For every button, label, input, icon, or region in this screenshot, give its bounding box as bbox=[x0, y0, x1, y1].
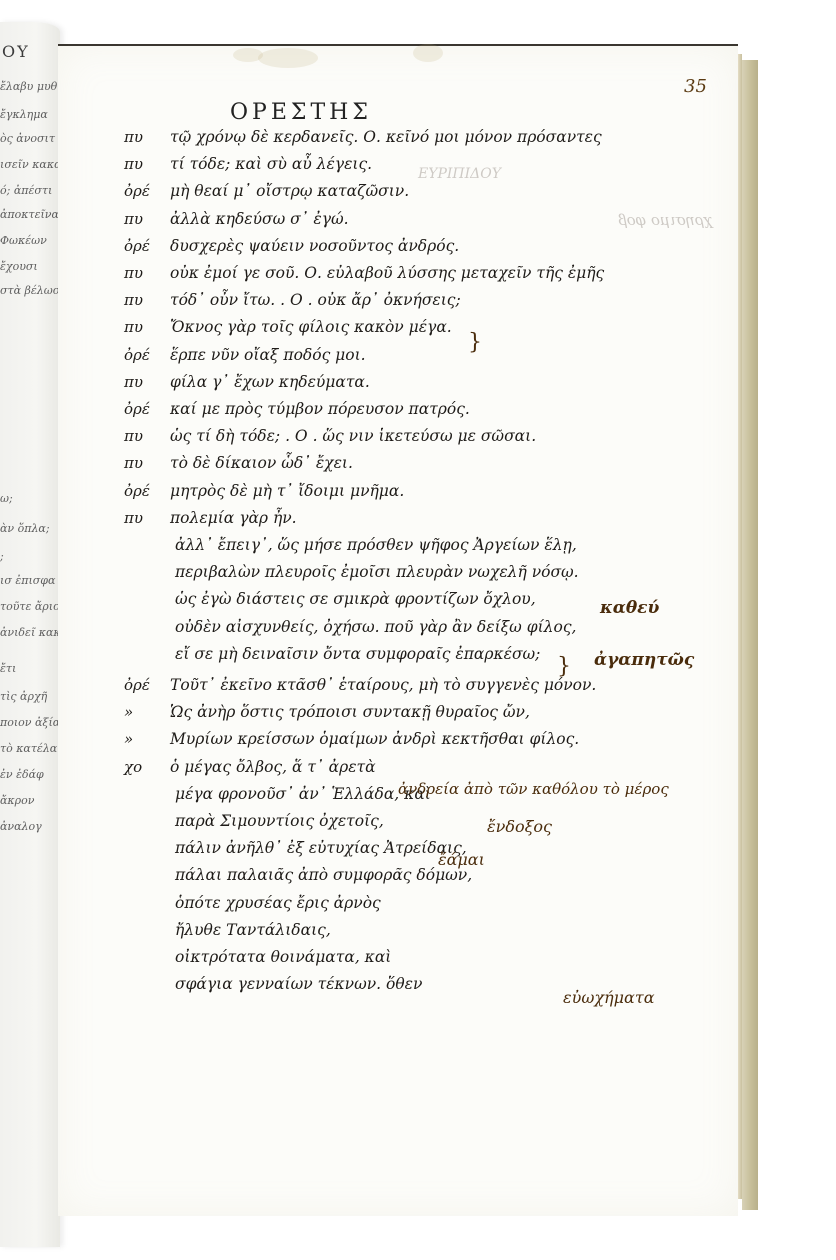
speaker-label: χο bbox=[124, 758, 164, 776]
left-page-line-fragment: ισ ἐπισφα bbox=[0, 574, 55, 587]
speaker-label: πυ bbox=[124, 155, 164, 173]
speaker-label: πυ bbox=[124, 509, 164, 527]
verse-text: ἀλλὰ κηδεύσω σ᾽ ἐγώ. bbox=[170, 210, 349, 228]
marginal-note: καθεύ bbox=[600, 598, 659, 618]
verse-text: μητρὸς δὲ μὴ τ᾽ ἴδοιμι μνῆμα. bbox=[170, 482, 404, 500]
bleed-through-text: ΕΥΡΙΠΙΔΟΥ bbox=[418, 166, 501, 182]
speaker-label: ὀρέ bbox=[124, 237, 164, 255]
marginal-note: ἀγαπητῶς bbox=[594, 650, 694, 670]
verse-text: τόδ᾽ οὖν ἴτω. . Ο . οὐκ ἄρ᾽ ὀκνήσεις; bbox=[170, 291, 461, 309]
verse-text: Τοῦτ᾽ ἐκεῖνο κτᾶσθ᾽ ἑταίρους, μὴ τὸ συγγ… bbox=[170, 676, 596, 694]
left-page-line-fragment: ισεῖν κακα bbox=[0, 158, 60, 171]
running-title: ΟΡΕΣΤΗΣ bbox=[230, 100, 372, 125]
left-page-line-fragment: ω; bbox=[0, 492, 13, 505]
left-page-line-fragment: ἀναλογ bbox=[0, 820, 42, 833]
marginal-note: εὐωχήματα bbox=[563, 988, 655, 1007]
verse-text: πολεμία γὰρ ἦν. bbox=[170, 509, 297, 527]
verse-text: Μυρίων κρείσσων ὁμαίμων ἀνδρὶ κεκτῆσθαι … bbox=[170, 730, 579, 748]
speaker-label: πυ bbox=[124, 210, 164, 228]
left-page-line-fragment: ὸς ἀνοσιτ bbox=[0, 132, 55, 145]
verse-text: οὐκ ἐμοί γε σοῦ. Ο. εὐλαβοῦ λύσσης μεταχ… bbox=[170, 264, 604, 282]
verse-text: ἤλυθε Ταντάλιδαις, bbox=[175, 921, 331, 939]
verse-text: ὡς τί δὴ τόδε; . Ο . ὥς νιν ἱκετεύσω με … bbox=[170, 427, 536, 445]
folio-number: 35 bbox=[684, 76, 707, 97]
verse-text: παρὰ Σιμουντίοις ὀχετοῖς, bbox=[175, 812, 384, 830]
speaker-label: ὀρέ bbox=[124, 482, 164, 500]
left-page-line-fragment: τὸ κατέλαν bbox=[0, 742, 60, 755]
verse-text: σφάγια γενναίων τέκνων. ὅθεν bbox=[175, 975, 422, 993]
verse-text: περιβαλὼν πλευροῖς ἐμοῖσι πλευρὰν νωχελῆ… bbox=[175, 563, 579, 581]
verse-text: οὐδὲν αἰσχυνθείς, ὀχήσω. ποῦ γὰρ ἂν δείξ… bbox=[175, 618, 576, 636]
left-page-line-fragment: ἔγκλημα bbox=[0, 108, 48, 121]
speaker-label: πυ bbox=[124, 454, 164, 472]
bleed-through-note: χρησιμο φοβ bbox=[618, 211, 713, 229]
left-page-running-title: ΟΥ bbox=[2, 42, 30, 61]
left-page-line-fragment: ἔλαβυ μυθ bbox=[0, 80, 57, 93]
verse-text: πάλαι παλαιᾶς ἀπὸ συμφορᾶς δόμων, bbox=[175, 866, 472, 884]
left-page-line-fragment: ἀνιδεῖ κακ bbox=[0, 626, 60, 639]
left-page-line-fragment: ό; ἀπέστι bbox=[0, 184, 52, 197]
stain bbox=[258, 48, 318, 68]
speaker-label: ὀρέ bbox=[124, 182, 164, 200]
verse-text: ἕρπε νῦν οἴαξ ποδός μοι. bbox=[170, 346, 366, 364]
speaker-label: ὀρέ bbox=[124, 400, 164, 418]
verse-text: ὁ μέγας ὄλβος, ἅ τ᾽ ἀρετὰ bbox=[170, 758, 376, 776]
verse-text: πάλιν ἀνῆλθ᾽ ἐξ εὐτυχίας Ἀτρείδαις, bbox=[175, 839, 467, 857]
left-facing-page: ΟΥ ἔλαβυ μυθἔγκλημαὸς ἀνοσιτισεῖν κακαό;… bbox=[0, 22, 60, 1247]
speaker-label: » bbox=[124, 730, 164, 748]
verse-text: μὴ θεαί μ᾽ οἴστρῳ καταζῶσιν. bbox=[170, 182, 409, 200]
speaker-label: πυ bbox=[124, 264, 164, 282]
speaker-label: πυ bbox=[124, 373, 164, 391]
left-page-line-fragment: ἔτι bbox=[0, 662, 16, 675]
speaker-label: ὀρέ bbox=[124, 346, 164, 364]
verse-text: ὡς ἐγὼ διάστεις σε σμικρὰ φροντίζων ὄχλο… bbox=[175, 590, 536, 608]
speaker-label: πυ bbox=[124, 318, 164, 336]
verse-text: φίλα γ᾽ ἔχων κηδεύματα. bbox=[170, 373, 370, 391]
marginal-note: ἀνδρεία ἀπὸ τῶν καθόλου τὸ μέρος bbox=[398, 780, 669, 798]
verse-text: Ὄκνος γὰρ τοῖς φίλοις κακὸν μέγα. bbox=[170, 318, 452, 336]
speaker-label: πυ bbox=[124, 291, 164, 309]
marginal-note: ἔάμαι bbox=[438, 850, 485, 869]
stain bbox=[413, 44, 443, 62]
left-page-line-fragment: ; bbox=[0, 550, 4, 563]
marginal-brace: } bbox=[557, 654, 571, 679]
marginal-brace: } bbox=[468, 330, 482, 355]
speaker-label: » bbox=[124, 703, 164, 721]
speaker-label: ὀρέ bbox=[124, 676, 164, 694]
speaker-label: πυ bbox=[124, 427, 164, 445]
left-page-line-fragment: ἐν ἐδάφ bbox=[0, 768, 44, 781]
left-page-line-fragment: Φωκέων bbox=[0, 234, 47, 247]
left-page-line-fragment: ἀποκτεῖνα bbox=[0, 208, 59, 221]
left-page-line-fragment: ὰν ὅπλα; bbox=[0, 522, 50, 535]
verse-text: οἰκτρότατα θοινάματα, καὶ bbox=[175, 948, 391, 966]
left-page-line-fragment: τοῦτε ἄριστ bbox=[0, 600, 60, 613]
verse-text: τῷ χρόνῳ δὲ κερδανεῖς. Ο. κεῖνό μοι μόνο… bbox=[170, 128, 602, 146]
left-page-line-fragment: στὰ βέλωσ bbox=[0, 284, 60, 297]
verse-text: Ὡς ἀνὴρ ὅστις τρόποισι συντακῇ θυραῖος ὤ… bbox=[170, 703, 530, 721]
verse-text: τί τόδε; καὶ σὺ αὖ λέγεις. bbox=[170, 155, 372, 173]
verse-text: τὸ δὲ δίκαιον ὧδ᾽ ἔχει. bbox=[170, 454, 353, 472]
verse-text: μέγα φρονοῦσ᾽ ἀν᾽ Ἑλλάδα, καὶ bbox=[175, 785, 431, 803]
verse-text: ἀλλ᾽ ἔπειγ᾽, ὥς μήσε πρόσθεν ψῆφος Ἀργεί… bbox=[175, 536, 577, 554]
verse-text: δυσχερὲς ψαύειν νοσοῦντος ἀνδρός. bbox=[170, 237, 459, 255]
left-page-line-fragment: ποιον ἀξίαν bbox=[0, 716, 60, 729]
speaker-label: πυ bbox=[124, 128, 164, 146]
book-edge bbox=[742, 60, 758, 1210]
verse-text: εἴ σε μὴ δειναῖσιν ὄντα συμφοραῖς ἐπαρκέ… bbox=[175, 645, 540, 663]
left-page-line-fragment: ἄκρον bbox=[0, 794, 34, 807]
marginal-note: ἔνδοξος bbox=[487, 817, 552, 836]
verse-text: καί με πρὸς τύμβον πόρευσον πατρός. bbox=[170, 400, 470, 418]
left-page-line-fragment: τὶς ἀρχῆ bbox=[0, 690, 47, 703]
left-page-line-fragment: ἔχουσι bbox=[0, 260, 38, 273]
verse-text: ὁπότε χρυσέας ἔρις ἀρνὸς bbox=[175, 894, 381, 912]
